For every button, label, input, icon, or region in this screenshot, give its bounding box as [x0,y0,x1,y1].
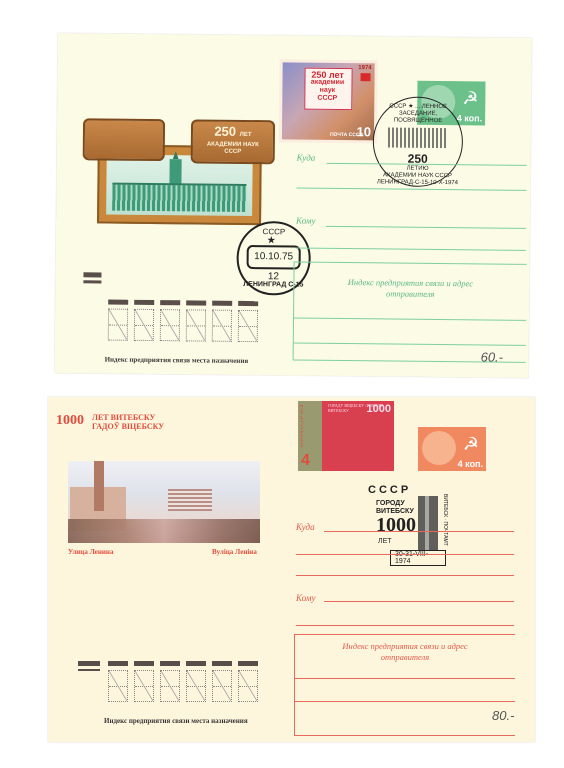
cancel-number: 1000 [376,514,416,537]
sender-line[interactable] [295,701,515,702]
zip-bar [108,300,128,305]
zip-code-grid[interactable] [108,300,258,343]
address-line[interactable] [296,248,526,251]
whom-label: Кому [296,593,316,603]
zip-digit-template [186,670,206,702]
address-line[interactable] [296,188,526,191]
zip-digit-template [108,309,128,341]
stamp-line2: академии [304,79,350,87]
spire-icon [169,159,181,185]
zip-marker [83,280,101,283]
zip-digit-template [212,670,232,702]
zip-digit-cell[interactable] [134,661,154,702]
vitebsk-street-illustration [68,461,260,543]
zip-digit-cell[interactable] [160,661,180,702]
address-line[interactable] [324,601,514,602]
address-line[interactable] [324,531,514,532]
title-line2: ГАДОЎ ВІЦЕБСКУ [92,422,164,431]
modern-building [168,489,212,511]
red-flag-icon [361,73,371,81]
clock-tower [94,461,104,511]
address-line[interactable] [326,226,526,229]
zip-bar [186,300,206,305]
banner-suffix: ЛЕТ [240,132,252,138]
commemorative-cancel-vitebsk: СССР ГОРОДУВИТЕБСКУ 1000 ЛЕТ 30-31-VIII-… [376,484,446,564]
printed-indicium-orange: ☭ 4 коп. [418,427,486,471]
sender-line[interactable] [294,317,526,320]
sender-box-label: Индекс предприятия связи и адрес отправи… [295,641,515,663]
zip-digit-cell[interactable] [160,300,180,341]
zip-bar [212,661,232,666]
monument-icon [418,496,438,554]
sender-box[interactable]: Индекс предприятия связи и адрес отправи… [293,261,527,362]
zip-marker [83,272,101,277]
stamp-text: 250 лет академии наук СССР [304,71,350,103]
zip-digit-cell[interactable] [108,661,128,702]
zip-digit-template [186,309,206,341]
address-line[interactable] [296,575,514,576]
address-line[interactable] [296,554,514,555]
globe-emblem-scroll [83,118,165,161]
zip-digit-cell[interactable] [238,661,258,702]
zip-bar [238,301,258,306]
zip-caption: Индекс предприятия связи места назначени… [104,717,248,725]
cancel-side-text: ВИТЕБСК · ПОЧТАМТ [442,494,448,546]
cancel-years: ЛЕТ [378,538,392,545]
zip-digit-cell[interactable] [134,300,154,341]
zip-digit-template [238,310,258,342]
sender-line[interactable] [295,678,515,679]
commemorative-stamp-academy: 1974 250 лет академии наук СССР ПОЧТА СС… [279,59,378,143]
stamp-line4: СССР [304,95,350,103]
caption-left: Улица Ленина [68,548,113,556]
zip-code-grid[interactable] [108,661,258,702]
stamp-post-label: ПОЧТА СССР 1974 [300,405,305,447]
banner-line3: СССР [193,148,273,156]
zip-digit-template [108,670,128,702]
zip-digit-cell[interactable] [238,301,258,342]
zip-bar [134,661,154,666]
zip-digit-cell[interactable] [186,661,206,702]
zip-caption: Индекс предприятия связи места назначени… [105,356,249,366]
price-annotation: 80.- [492,708,514,723]
commemorative-stamp-vitebsk: ПОЧТА СССР 1974 ГОРАДУ ВІЦЕБСКУ / ГОРОДУ… [298,401,394,471]
banner-number: 250 [214,124,236,139]
sender-line[interactable] [294,342,526,345]
caption-right: Вуліца Леніна [212,548,257,556]
zip-digit-template [212,310,232,342]
zip-bar [186,661,206,666]
zip-bar [238,661,258,666]
cancel-header: СССР [368,484,411,496]
zip-digit-cell[interactable] [108,300,128,341]
zip-bar [108,661,128,666]
zip-digit-template [238,670,258,702]
stamp-value: 10 [356,124,371,139]
state-emblem-icon [422,431,456,465]
cancel-date: 30-31-VIII-1974 [390,550,446,566]
hammer-sickle-icon: ☭ [459,85,481,111]
to-label: Куда [296,522,315,532]
academy-illustration: 250 ЛЕТ АКАДЕМИИ НАУК СССР [82,118,273,225]
zip-digit-cell[interactable] [212,661,232,702]
title-line1: ЛЕТ ВИТЕБСКУ [92,413,155,422]
sender-box[interactable]: Индекс предприятия связи и адрес отправи… [294,634,515,736]
whom-label: Кому [296,216,316,226]
sender-box-label: Индекс предприятия связи и адрес отправи… [294,276,526,300]
cancel-line3: ЛЕНИНГРАД-С-15-10-X-1974 [373,179,461,187]
anniversary-banner: 250 ЛЕТ АКАДЕМИИ НАУК СССР [191,119,275,164]
cancel-arc-text: СССР ★ ... ЛЕННОЕ ЗАСЕДАНИЕ, ПОСВЯЩЕННОЕ [374,103,462,125]
zip-digit-cell[interactable] [186,300,206,341]
commemorative-cancel-academy: СССР ★ ... ЛЕННОЕ ЗАСЕДАНИЕ, ПОСВЯЩЕННОЕ… [372,96,463,187]
zip-bar [160,300,180,305]
title-number: 1000 [56,413,84,428]
envelope-vitebsk-1000[interactable]: 1000 ЛЕТ ВИТЕБСКУГАДОЎ ВІЦЕБСКУ Улица Ле… [48,397,535,742]
zip-marker [78,661,100,666]
address-line[interactable] [296,625,514,626]
zip-bar [160,661,180,666]
trees [68,519,260,543]
price-annotation: 60.- [481,349,504,364]
stamp-title: 1000 [367,403,391,415]
indicium-denomination: 4 коп. [458,459,483,469]
vitebsk-title: 1000 ЛЕТ ВИТЕБСКУГАДОЎ ВІЦЕБСКУ [56,413,164,434]
envelope-academy-of-sciences[interactable]: 250 ЛЕТ АКАДЕМИИ НАУК СССР 1974 250 лет … [54,33,532,378]
to-label: Куда [297,153,316,163]
stamp-value: 4 [301,452,310,470]
building-facade [112,183,246,212]
zip-bar [212,301,232,306]
zip-digit-template [160,670,180,702]
cancel-building-icon [388,127,448,148]
zip-bar [134,300,154,305]
zip-digit-template [160,309,180,341]
zip-digit-template [134,309,154,341]
zip-marker [78,669,100,671]
hammer-sickle-icon: ☭ [460,431,482,457]
zip-digit-cell[interactable] [212,301,232,342]
zip-digit-template [134,670,154,702]
stamp-year: 1974 [358,65,371,71]
